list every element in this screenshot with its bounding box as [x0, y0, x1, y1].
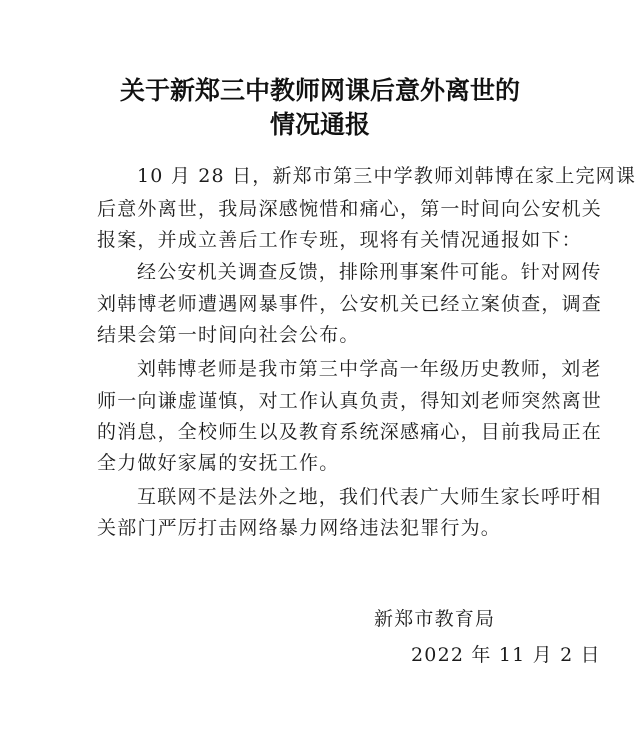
paragraph-line: 经公安机关调查反馈，排除刑事案件可能。针对网传	[137, 260, 542, 284]
paragraph-line: 关部门严厉打击网络暴力网络违法犯罪行为。	[97, 516, 542, 540]
paragraph-line: 全力做好家属的安抚工作。	[97, 451, 542, 475]
paragraph-line: 刘韩博老师遭遇网暴事件，公安机关已经立案侦查，调查	[97, 292, 542, 316]
paragraph-line: 的消息，全校师生以及教育系统深感痛心，目前我局正在	[97, 420, 542, 444]
document-title-line-1: 关于新郑三中教师网课后意外离世的	[0, 74, 640, 108]
paragraph-line: 后意外离世，我局深感惋惜和痛心，第一时间向公安机关	[97, 197, 542, 221]
issue-date: 2022 年 11 月 2 日	[411, 643, 601, 667]
paragraph-line: 10 月 28 日，新郑市第三中学教师刘韩博在家上完网课	[137, 164, 542, 188]
paragraph-line: 互联网不是法外之地，我们代表广大师生家长呼吁相	[137, 485, 542, 509]
issuing-organization: 新郑市教育局	[374, 607, 495, 631]
paragraph-line: 结果会第一时间向社会公布。	[97, 323, 542, 347]
paragraph-line: 师一向谦虚谨慎，对工作认真负责，得知刘老师突然离世	[97, 389, 542, 413]
notice-document: 关于新郑三中教师网课后意外离世的 情况通报 10 月 28 日，新郑市第三中学教…	[0, 0, 640, 734]
document-title-line-2: 情况通报	[0, 108, 640, 142]
paragraph-line: 刘韩博老师是我市第三中学高一年级历史教师，刘老	[137, 357, 542, 381]
paragraph-line: 报案，并成立善后工作专班，现将有关情况通报如下：	[97, 228, 542, 252]
